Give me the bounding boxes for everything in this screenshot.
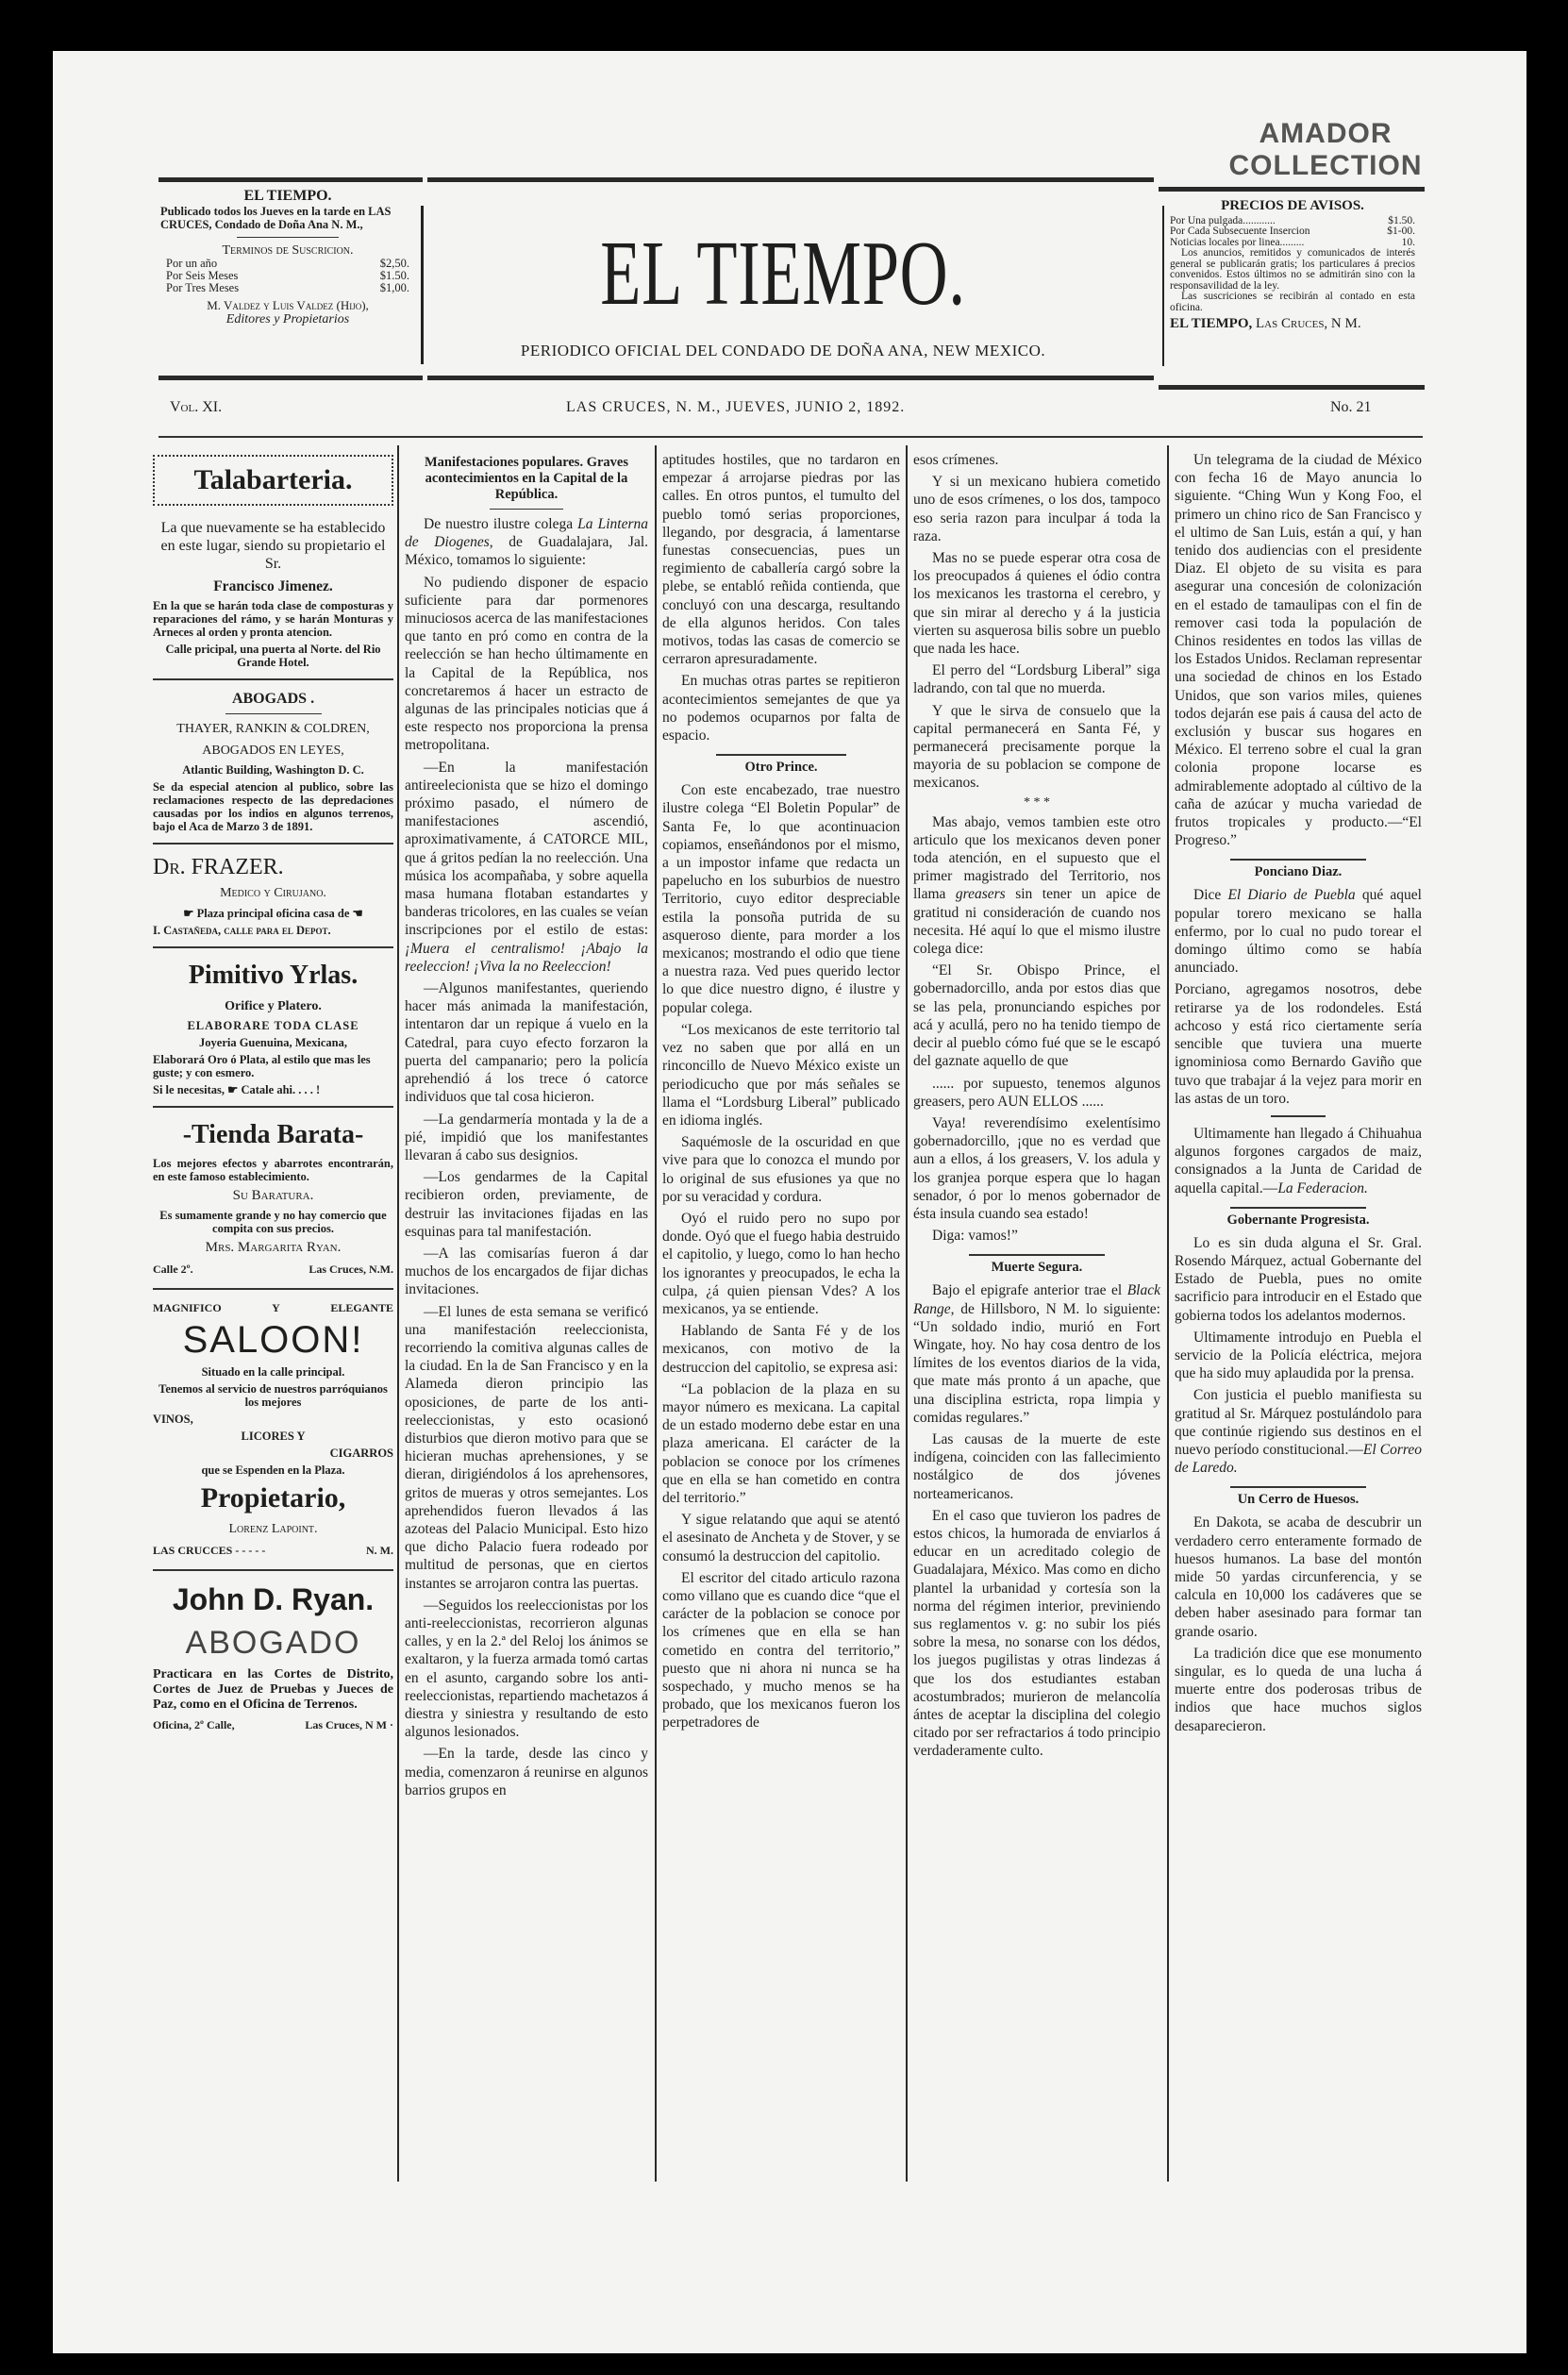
headline: Un Cerro de Huesos.	[1175, 1492, 1422, 1508]
dateline-rule	[158, 436, 1423, 438]
ornament-rule	[1230, 1207, 1366, 1209]
newspaper-title: EL TIEMPO.	[525, 226, 1041, 321]
prices-signature: EL TIEMPO, Las Cruces, N M.	[1170, 319, 1415, 330]
prices-note: Los anuncios, remitidos y comunicados de…	[1170, 248, 1415, 292]
prices-note: Las suscriciones se recibirán al contado…	[1170, 292, 1415, 313]
term-row: Por Tres Meses$1,00.	[160, 282, 415, 294]
editors-role: Editores y Propietarios	[160, 312, 415, 326]
ornament-rule	[969, 1254, 1105, 1256]
article-column-2: Manifestaciones populares. Graves aconte…	[405, 451, 648, 1803]
headline: Otro Prince.	[662, 760, 900, 776]
ad-prices-box: PRECIOS DE AVISOS. Por Una pulgada......…	[1170, 201, 1415, 330]
column-separator	[397, 445, 399, 2182]
headline: Manifestaciones populares. Graves aconte…	[405, 455, 648, 503]
divider	[153, 843, 393, 845]
masthead-top-rule-right	[1159, 187, 1425, 192]
divider	[153, 678, 393, 680]
publication-note: Publicado todos los Jueves en la tarde e…	[160, 205, 415, 231]
volume: Vol. XI.	[170, 399, 222, 416]
masthead-bottom-rule-left	[158, 376, 423, 380]
masthead-bottom-rule-center	[427, 376, 1154, 380]
column-separator	[1167, 445, 1169, 2182]
ryan-ad: John D. Ryan.	[153, 1581, 393, 1618]
divider	[153, 1288, 393, 1290]
divider	[153, 1106, 393, 1108]
asterism: * * *	[913, 796, 1160, 810]
ornament-rule	[1230, 1486, 1366, 1488]
subscription-box: EL TIEMPO. Publicado todos los Jueves en…	[160, 189, 415, 326]
article-column-5: Un telegrama de la ciudad de México con …	[1175, 451, 1422, 1739]
headline: Ponciano Diaz.	[1175, 864, 1422, 880]
terms-heading: Terminos de Suscricion.	[160, 243, 415, 258]
talabarteria-ad: Talabarteria.	[153, 455, 393, 506]
collection-stamp: AMADOR COLLECTION	[1165, 118, 1486, 182]
masthead-divider	[421, 206, 424, 364]
divider	[153, 1569, 393, 1571]
prices-heading: PRECIOS DE AVISOS.	[1170, 201, 1415, 212]
editors: M. Valdez y Luis Valdez (Hijo),	[160, 298, 415, 312]
masthead-bottom-rule-right	[1159, 385, 1425, 390]
divider	[153, 946, 393, 948]
box-heading: EL TIEMPO.	[160, 189, 415, 203]
ad-title: Talabarteria.	[155, 462, 392, 498]
article-column-4: esos crímenes. Y si un mexicano hubiera …	[913, 451, 1160, 1765]
frazer-ad: Dr. FRAZER.	[153, 854, 393, 880]
article-column-3: aptitudes hostiles, que no tardaron en e…	[662, 451, 900, 1736]
headline: Muerte Segura.	[913, 1260, 1160, 1276]
newspaper-subtitle: PERIODICO OFICIAL DEL CONDADO DE DOÑA AN…	[425, 342, 1142, 360]
ornament-rule	[716, 754, 847, 756]
price-row: Por Cada Subsecuente Insercion$1-00.	[1170, 226, 1415, 238]
masthead-top-rule-left	[158, 177, 423, 182]
masthead-top-rule-center	[427, 177, 1154, 182]
abogados-ad: ABOGADS .	[153, 690, 393, 708]
ornament-rule	[1230, 859, 1366, 861]
issue-number: No. 21	[1330, 399, 1372, 416]
dateline: LAS CRUCES, N. M., JUEVES, JUNIO 2, 1892…	[566, 399, 905, 416]
advertisements-column: Talabarteria. La que nuevamente se ha es…	[153, 451, 393, 1734]
divider	[237, 237, 339, 238]
yrlas-ad: Pimitivo Yrlas.	[153, 958, 393, 994]
prices-box-border	[1162, 206, 1164, 366]
saloon-ad: MAGNIFICOYELEGANTE	[153, 1299, 393, 1317]
headline: Gobernante Progresista.	[1175, 1213, 1422, 1229]
tienda-barata-ad: -Tienda Barata-	[153, 1117, 393, 1153]
column-separator	[655, 445, 657, 2182]
column-separator	[906, 445, 908, 2182]
